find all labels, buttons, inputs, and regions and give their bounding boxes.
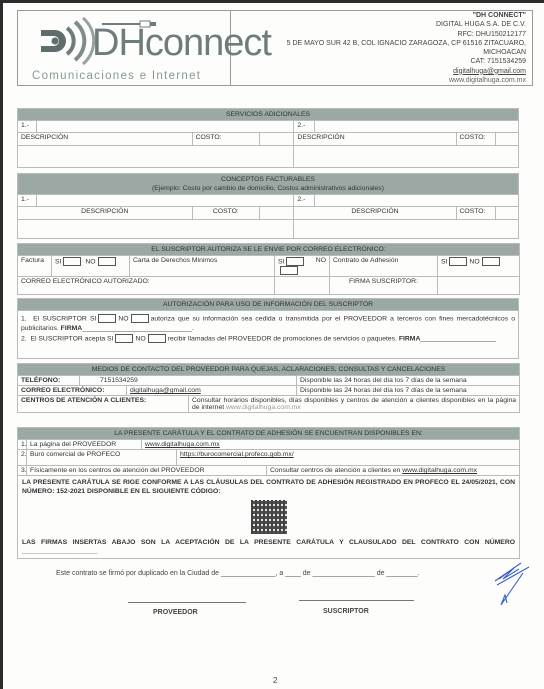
cost-label: COSTO: <box>192 207 260 220</box>
si-label: SI <box>55 258 61 265</box>
terceros-si-checkbox[interactable] <box>98 314 116 323</box>
rige-text: LA PRESENTE CARÁTULA SE RIGE CONFORME A … <box>22 478 515 496</box>
description-field[interactable] <box>294 220 519 239</box>
company-state: MICHOACAN <box>287 48 526 57</box>
section-title: EL SUSCRIPTOR AUTORIZA SE LE ENVIE POR C… <box>18 244 520 256</box>
item-text: El SUSCRIPTOR SI <box>33 315 96 322</box>
company-address: 5 DE MAYO SUR 42 B, COL IGNACIO ZARAGOZA… <box>287 39 526 48</box>
conceptos-table: CONCEPTOS FACTURABLES(Ejemplo: Costo por… <box>17 173 519 239</box>
signal-logo-icon <box>37 16 97 66</box>
centros-url[interactable]: www.digitalhuga.com.mx <box>226 404 301 411</box>
description-field[interactable] <box>18 146 294 168</box>
item-text: recibir llamadas del PROVEEDOR de promoc… <box>168 336 397 343</box>
factura-no-checkbox[interactable] <box>98 257 116 266</box>
cost-field[interactable] <box>496 207 519 220</box>
contrato-no-checkbox[interactable] <box>482 257 500 266</box>
company-web-link[interactable]: www.digitalhuga.com.mx <box>287 76 526 85</box>
servicios-table: SERVICIOS ADICIONALES 1.- 2.- DESCRIPCIÓ… <box>17 108 519 168</box>
carta-no-checkbox[interactable] <box>280 266 298 275</box>
item-text: NO <box>118 315 128 322</box>
centros-link[interactable]: www.digitalhuga.com.mx <box>402 467 477 474</box>
description-label: DESCRIPCIÓN <box>18 207 193 220</box>
page-number: 2 <box>273 676 277 685</box>
company-cat: CAT: 7151534259 <box>287 57 526 66</box>
correo-availability: Disponible las 24 horas del día los 7 dí… <box>297 386 520 396</box>
section-title: LA PRESENTE CARÁTULA Y EL CONTRATO DE AD… <box>18 428 520 440</box>
autorizacion-table: AUTORIZACIÓN PARA USO DE INFORMACIÓN DEL… <box>17 298 519 359</box>
handwritten-signature-icon <box>493 559 533 609</box>
company-email-link[interactable]: digitalhuga@gmail.com <box>287 67 526 76</box>
suscriptor-signature-line[interactable] <box>299 600 414 601</box>
row-number: 3. <box>18 466 27 476</box>
cable-icon <box>102 20 162 28</box>
company-legal-name: DIGITAL HUGA S.A. DE C.V. <box>287 20 526 29</box>
row-number: 1. <box>18 440 27 450</box>
item-field[interactable] <box>36 195 294 207</box>
row-label: Físicamente en los centros de atención d… <box>27 466 267 476</box>
item-field[interactable] <box>36 121 294 133</box>
profeco-link[interactable]: https://burocomercial.profeco.gob.mx/ <box>177 450 520 466</box>
firma-suscriptor-field[interactable] <box>438 277 520 295</box>
description-label: DESCRIPCIÓN <box>294 207 456 220</box>
telefono-availability: Disponible las 24 horas del día los 7 dí… <box>297 376 520 386</box>
correo-table: EL SUSCRIPTOR AUTORIZA SE LE ENVIE POR C… <box>17 243 520 295</box>
brand-name: DHconnect <box>92 22 271 65</box>
no-label: NO <box>316 257 326 264</box>
autorizacion-item-2: 2. El SUSCRIPTOR acepta SINOrecibir llam… <box>21 334 515 344</box>
section-title-text: CONCEPTOS FACTURABLES <box>21 175 515 184</box>
table-row: 1. La página del PROVEEDOR www.digitalhu… <box>18 440 520 450</box>
no-label: NO <box>469 258 479 265</box>
cost-label: COSTO: <box>192 133 260 146</box>
table-row: 2. Buró comercial de PROFECO https://bur… <box>18 450 520 466</box>
cost-label: COSTO: <box>456 133 495 146</box>
section-title: CONCEPTOS FACTURABLES(Ejemplo: Costo por… <box>18 174 519 195</box>
no-label: NO <box>85 258 95 265</box>
autorizacion-item-1: 1. El SUSCRIPTOR SINOautoriza que su inf… <box>21 314 515 334</box>
factura-si-checkbox[interactable] <box>63 257 81 266</box>
carta-si-checkbox[interactable] <box>286 257 304 266</box>
description-label: DESCRIPCIÓN <box>18 133 193 146</box>
si-label: SI <box>278 258 284 265</box>
item-number: 1.- <box>18 121 37 133</box>
telefono-value: 7151534259 <box>80 376 297 386</box>
row-number: 2. <box>18 450 27 466</box>
medios-table: MEDIOS DE CONTACTO DEL PROVEEDOR PARA QU… <box>17 363 520 413</box>
section-subtitle: (Ejemplo: Costo por cambio de domicilio,… <box>21 184 515 193</box>
brand-tagline: Comunicaciones e Internet <box>32 70 201 82</box>
firmado-text: Este contrato se firmó por duplicado en … <box>56 570 420 577</box>
llamadas-si-checkbox[interactable] <box>115 334 133 343</box>
cost-field[interactable] <box>496 133 519 146</box>
terceros-no-checkbox[interactable] <box>131 314 149 323</box>
suscriptor-label: SUSCRIPTOR <box>323 608 369 615</box>
firma-label: FIRMA <box>61 325 83 332</box>
telefono-label: TELÉFONO: <box>18 376 80 386</box>
cost-field[interactable] <box>260 207 294 220</box>
item-text: El SUSCRIPTOR acepta SI <box>30 336 113 343</box>
firma-label: FIRMA <box>399 336 421 343</box>
carta-label: Carta de Derechos Minimos <box>130 256 275 277</box>
factura-label: Factura <box>18 256 52 277</box>
item-number: 2.- <box>294 195 315 207</box>
firma-suscriptor-label: FIRMA SUSCRIPTOR: <box>330 277 438 295</box>
row-label: Buró comercial de PROFECO <box>27 450 177 466</box>
logo: DHconnect Comunicaciones e Internet <box>17 10 231 86</box>
qr-code-icon[interactable] <box>251 500 287 534</box>
correo-autorizado-field[interactable] <box>275 277 330 295</box>
item-field[interactable] <box>315 121 519 133</box>
description-field[interactable] <box>294 146 519 168</box>
section-title: SERVICIOS ADICIONALES <box>18 109 519 121</box>
si-label: SI <box>441 258 447 265</box>
row-label: La página del PROVEEDOR <box>27 440 142 450</box>
company-info: "DH CONNECT" DIGITAL HUGA S.A. DE C.V. R… <box>287 11 526 85</box>
contrato-si-checkbox[interactable] <box>449 257 467 266</box>
item-number: 1.- <box>18 195 37 207</box>
section-title: AUTORIZACIÓN PARA USO DE INFORMACIÓN DEL… <box>18 299 519 311</box>
row-text: Consultar centros de atención a clientes… <box>270 467 400 474</box>
company-rfc: RFC: DHU150212177 <box>287 30 526 39</box>
disponibles-table: LA PRESENTE CARÁTULA Y EL CONTRATO DE AD… <box>17 427 520 559</box>
llamadas-no-checkbox[interactable] <box>148 334 166 343</box>
description-field[interactable] <box>18 220 294 239</box>
cost-field[interactable] <box>260 133 294 146</box>
table-row: 3. Físicamente en los centros de atenció… <box>18 466 520 476</box>
item-field[interactable] <box>315 195 519 207</box>
proveedor-label: PROVEEDOR <box>153 609 198 616</box>
correo-label: CORREO ELECTRÓNICO: <box>18 386 127 396</box>
section-title: MEDIOS DE CONTACTO DEL PROVEEDOR PARA QU… <box>18 364 520 376</box>
correo-autorizado-label: CORREO ELECTRÓNICO AUTORIZADO: <box>18 277 275 295</box>
item-text: NO <box>135 336 145 343</box>
proveedor-signature-line[interactable] <box>128 602 246 603</box>
description-label: DESCRIPCIÓN <box>294 133 456 146</box>
contrato-label: Contrato de Adhesión <box>330 256 438 277</box>
cost-label: COSTO: <box>456 207 495 220</box>
item-number: 2.- <box>294 121 315 133</box>
centros-label: CENTROS DE ATENCIÓN A CLIENTES: <box>18 396 189 413</box>
proveedor-link[interactable]: www.digitalhuga.com.mx <box>142 440 520 450</box>
company-name: "DH CONNECT" <box>287 11 526 20</box>
contract-page: DHconnect Comunicaciones e Internet "DH … <box>3 3 544 689</box>
correo-link[interactable]: digitalhuga@gmail.com <box>127 386 297 396</box>
firmas-text: LAS FIRMAS INSERTAS ABAJO SON LA ACEPTAC… <box>22 538 515 556</box>
